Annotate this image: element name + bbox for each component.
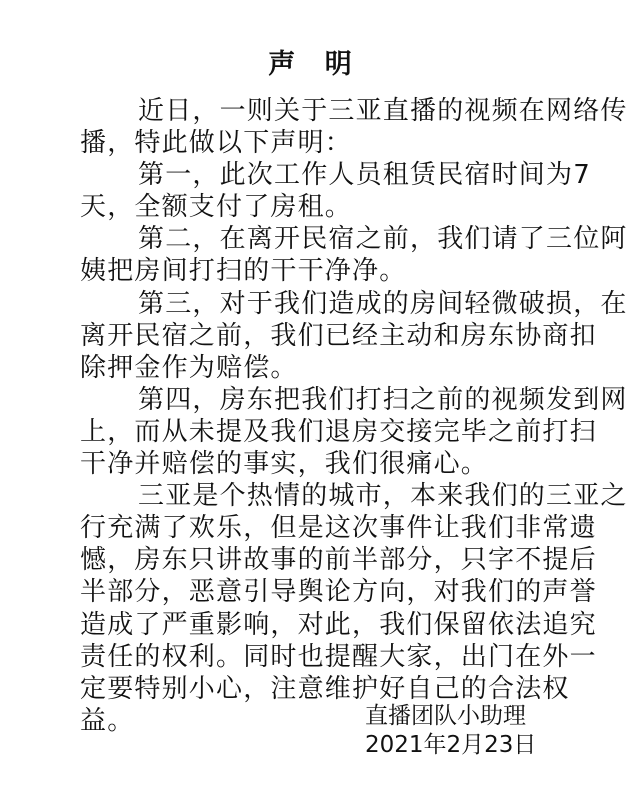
paragraph-intro-line: 近日，一则关于三亚直播的视频在网络传 [80,95,550,127]
paragraph-conclusion-line: 定要特别小心，注意维护好自己的合法权 [80,673,550,705]
paragraph-point-1-line: 天，全额支付了房租。 [80,191,550,223]
paragraph-conclusion-line: 憾，房东只讲故事的前半部分，只字不提后 [80,544,550,576]
signature-block: 直播团队小助理 2021年2月23日 [365,702,536,760]
paragraph-point-2-line: 姨把房间打扫的干干净净。 [80,255,550,287]
paragraph-point-4-line: 上，而从未提及我们退房交接完毕之前打扫 [80,416,550,448]
paragraph-conclusion-line: 行充满了欢乐，但是这次事件让我们非常遗 [80,512,550,544]
document-title: 声 明 [0,47,630,83]
paragraph-point-1-line: 第一，此次工作人员租赁民宿时间为7 [80,159,550,191]
paragraph-point-2-line: 第二，在离开民宿之前，我们请了三位阿 [80,223,550,255]
paragraph-point-4-line: 干净并赔偿的事实，我们很痛心。 [80,448,550,480]
paragraph-point-3-line: 除押金作为赔偿。 [80,352,550,384]
paragraph-point-3-line: 离开民宿之前，我们已经主动和房东协商扣 [80,320,550,352]
paragraph-point-4-line: 第四，房东把我们打扫之前的视频发到网 [80,384,550,416]
paragraph-point-3-line: 第三，对于我们造成的房间轻微破损，在 [80,288,550,320]
paragraph-intro-line: 播，特此做以下声明： [80,127,550,159]
paragraph-conclusion-line: 三亚是个热情的城市，本来我们的三亚之 [80,480,550,512]
paragraph-conclusion-line: 造成了严重影响，对此，我们保留依法追究 [80,609,550,641]
signature-date: 2021年2月23日 [365,731,536,760]
paragraph-conclusion-line: 半部分，恶意引导舆论方向，对我们的声誉 [80,576,550,608]
statement-body: 近日，一则关于三亚直播的视频在网络传 播，特此做以下声明： 第一，此次工作人员租… [80,95,550,737]
signature-author: 直播团队小助理 [365,702,536,731]
paragraph-conclusion-line: 责任的权利。同时也提醒大家，出门在外一 [80,641,550,673]
